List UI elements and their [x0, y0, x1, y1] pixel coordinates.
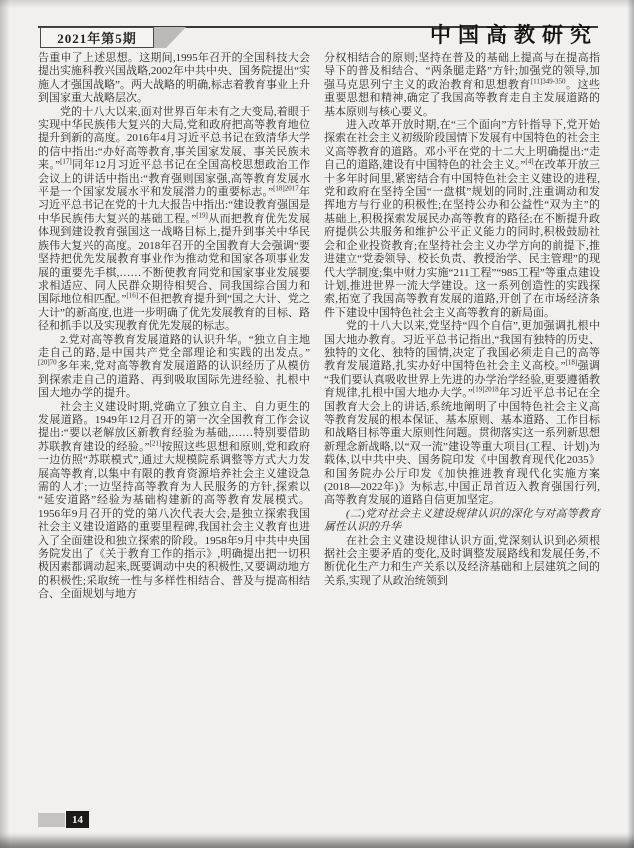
subsection-heading: (二)党对社会主义建设规律认识的深化与对高等教育属性认识的升华 — [324, 508, 600, 535]
scanned-journal-page: 2021年第5期 中国高教研究 告重申了上述思想。这期间,1995年召开的全国科… — [0, 0, 634, 848]
body-paragraph: 党的十八大以来,面对世界百年未有之大变局,着眼于实现中华民族伟大复兴的大局,党和… — [38, 106, 310, 334]
article-column-left: 告重申了上述思想。这期间,1995年召开的全国科技大会提出实施科教兴国战略,20… — [38, 52, 310, 808]
article-column-right: 分权相结合的原则;坚持在普及的基础上提高与在提高指导下的普及相结合、“两条腿走路… — [324, 52, 600, 808]
body-paragraph: 党的十八大以来,党坚持“四个自信”,更加强调扎根中国大地办教育。习近平总书记指出… — [324, 320, 600, 508]
page-folio: 14 — [38, 811, 89, 828]
body-paragraph: 进入改革开放时期,在“三个面向”方针指导下,党开始探索在社会主义初级阶段国情下发… — [324, 119, 600, 320]
issue-label: 2021年第5期 — [40, 27, 154, 48]
journal-title: 中国高教研究 — [430, 19, 598, 49]
folio-gray-block — [38, 813, 65, 827]
body-paragraph: 社会主义建设时期,党确立了独立自主、自力更生的发展道路。1949年12月召开的第… — [38, 401, 310, 602]
body-paragraph: 在社会主义建设规律认识方面,党深刻认识到必须根据社会主要矛盾的变化,及时调整发展… — [324, 535, 600, 589]
body-paragraph: 告重申了上述思想。这期间,1995年召开的全国科技大会提出实施科教兴国战略,20… — [38, 52, 310, 106]
issue-text: 2021年第5期 — [57, 28, 137, 47]
body-paragraph: 2.党对高等教育发展道路的认识升华。“独立自主地走自己的路,是中国共产党全部理论… — [38, 334, 310, 401]
body-paragraph: 分权相结合的原则;坚持在普及的基础上提高与在提高指导下的普及相结合、“两条腿走路… — [324, 52, 600, 119]
page-number: 14 — [66, 811, 89, 828]
